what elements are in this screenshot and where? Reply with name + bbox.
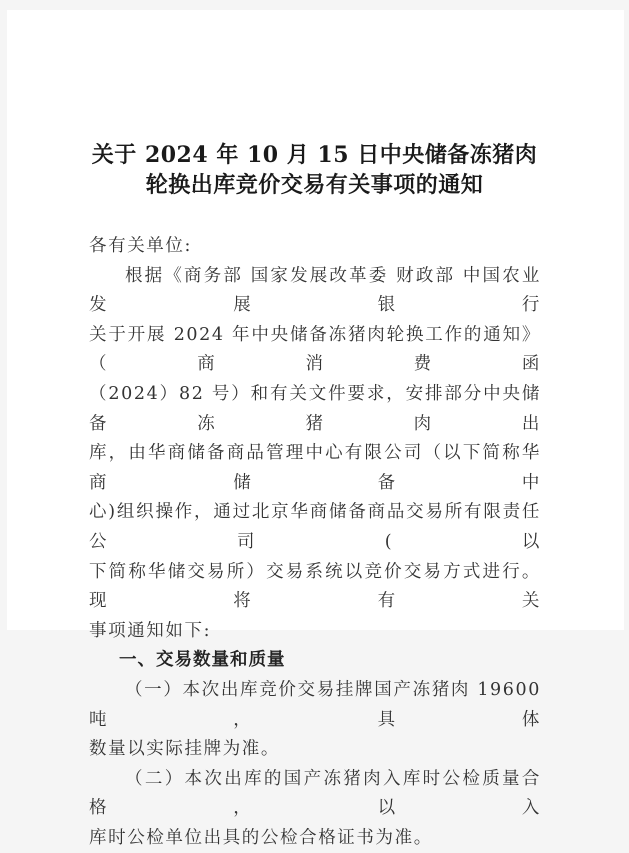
salutation: 各有关单位: bbox=[89, 232, 541, 262]
intro-line-3: （2024）82 号）和有关文件要求，安排部分中央储备冻猪肉出 bbox=[89, 380, 541, 439]
title-line-1: 关于 2024 年 10 月 15 日中央储备冻猪肉 bbox=[0, 140, 629, 170]
document-body: 各有关单位: 根据《商务部 国家发展改革委 财政部 中国农业发展银行 关于开展 … bbox=[89, 232, 541, 612]
intro-line-4: 库，由华商储备商品管理中心有限公司（以下简称华商储备中 bbox=[89, 439, 541, 498]
intro-line-2: 关于开展 2024 年中央储备冻猪肉轮换工作的通知》（商消费函 bbox=[89, 321, 541, 380]
intro-line-5: 心)组织操作，通过北京华商储备商品交易所有限责任公司(以 bbox=[89, 498, 541, 557]
intro-line-1: 根据《商务部 国家发展改革委 财政部 中国农业发展银行 bbox=[89, 262, 541, 321]
intro-line-6: 下简称华储交易所）交易系统以竞价交易方式进行。现将有关 bbox=[89, 558, 541, 612]
document-title: 关于 2024 年 10 月 15 日中央储备冻猪肉 轮换出库竞价交易有关事项的… bbox=[0, 140, 629, 200]
title-line-2: 轮换出库竞价交易有关事项的通知 bbox=[0, 170, 629, 200]
